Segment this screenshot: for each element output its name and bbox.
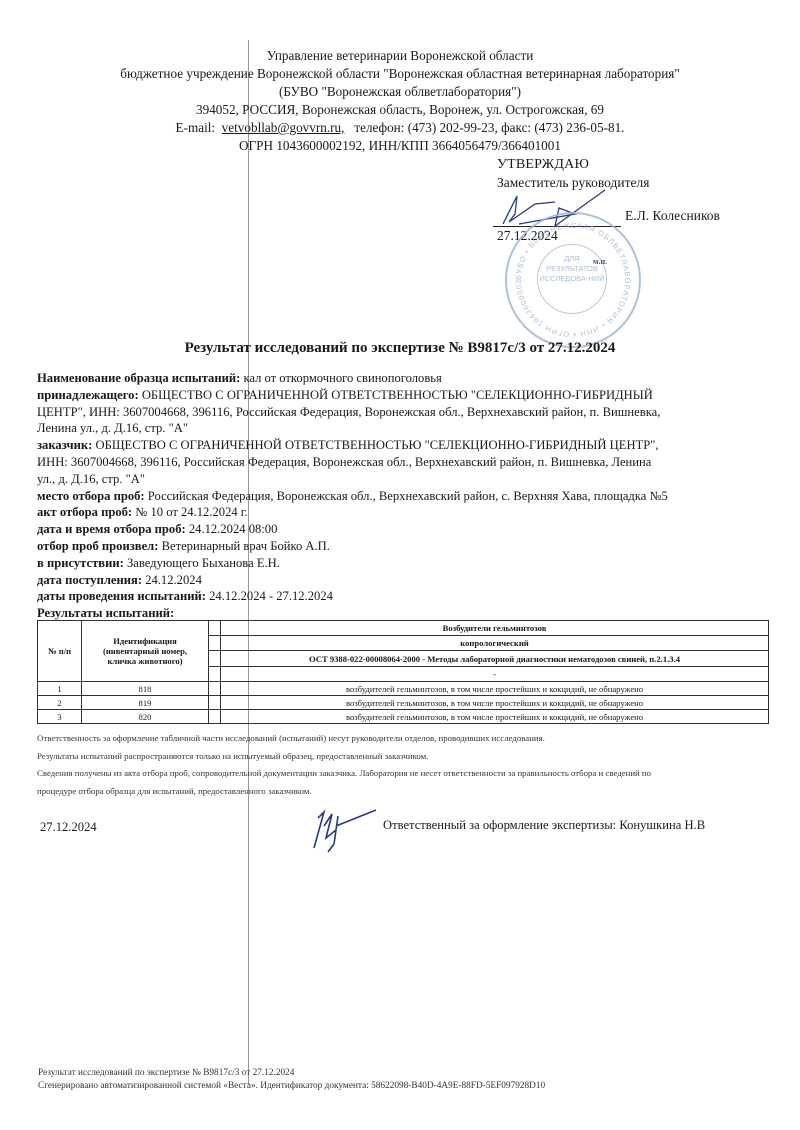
row-id: 819 [82, 696, 209, 710]
method-type: копрологический [221, 636, 769, 651]
disclaimer-notes: Ответственность за оформление табличной … [37, 730, 777, 800]
email-link[interactable]: vetvobllab@govvrn.ru, [222, 120, 345, 135]
customer-value-2: ИНН: 3607004668, 396116, Российская Феде… [37, 454, 767, 471]
document-title: Результат исследований по экспертизе № В… [0, 340, 800, 357]
stamp-mark: м.п. [593, 257, 607, 266]
note-1: Ответственность за оформление табличной … [37, 730, 777, 748]
footer-line-1: Результат исследований по экспертизе № В… [38, 1067, 545, 1080]
owner-value-3: Ленина ул., д. Д.16, стр. "А" [37, 420, 767, 437]
approval-title: УТВЕРЖДАЮ [497, 156, 649, 174]
footer-line-2: Сгенерировано автоматизированной системо… [38, 1080, 545, 1093]
row-id: 820 [82, 710, 209, 724]
owner-value-1: ОБЩЕСТВО С ОГРАНИЧЕННОЙ ОТВЕТСТВЕННОСТЬЮ… [142, 388, 653, 402]
sample-label: Наименование образца испытаний: [37, 371, 240, 385]
email-label: E-mail: [176, 120, 216, 135]
org-name: бюджетное учреждение Воронежской области… [0, 65, 800, 83]
presence-value: Заведующего Быханова Е.Н. [127, 556, 280, 570]
datetime-label: дата и время отбора проб: [37, 522, 186, 536]
note-4: процедуре отбора образца для испытаний, … [37, 783, 777, 801]
sample-value: кал от откормочного свинопоголовья [243, 371, 441, 385]
org-contacts: E-mail: vetvobllab@govvrn.ru, телефон: (… [0, 119, 800, 137]
sampler-value: Ветеринарный врач Бойко А.П. [162, 539, 330, 553]
owner-value-2: ЦЕНТР", ИНН: 3607004668, 396116, Российс… [37, 404, 767, 421]
owner-label: принадлежащего: [37, 388, 139, 402]
approver-name: Е.Л. Колесников [625, 208, 720, 224]
org-registration: ОГРН 1043600002192, ИНН/КПП 3664056479/3… [0, 137, 800, 155]
note-2: Результаты испытаний распространяются то… [37, 748, 777, 766]
row-result: возбудителей гельминтозов, в том числе п… [221, 682, 769, 696]
page-footer: Результат исследований по экспертизе № В… [38, 1067, 545, 1092]
received-value: 24.12.2024 [145, 573, 202, 587]
customer-value-3: ул., д. Д.16, стр. "А" [37, 471, 767, 488]
row-num: 2 [38, 696, 82, 710]
sampler-label: отбор проб произвел: [37, 539, 158, 553]
row-result: возбудителей гельминтозов, в том числе п… [221, 696, 769, 710]
spacer-cell [209, 682, 221, 696]
customer-value-1: ОБЩЕСТВО С ОГРАНИЧЕННОЙ ОТВЕТСТВЕННОСТЬЮ… [96, 438, 659, 452]
row-num: 3 [38, 710, 82, 724]
table-row: 1 818 возбудителей гельминтозов, в том ч… [38, 682, 769, 696]
method-document: ОСТ 9388-022-00008064-2000 - Методы лабо… [221, 651, 769, 667]
test-dates-label: даты проведения испытаний: [37, 589, 206, 603]
customer-label: заказчик: [37, 438, 92, 452]
test-dates-value: 24.12.2024 - 27.12.2024 [209, 589, 333, 603]
spacer-cell [209, 636, 221, 651]
act-label: акт отбора проб: [37, 505, 132, 519]
results-table: № п/п Идентификация (инвентарный номер, … [37, 620, 769, 724]
presence-label: в присутствии: [37, 556, 124, 570]
spacer-cell [209, 667, 221, 682]
spacer-cell [209, 651, 221, 667]
col-header-id: Идентификация (инвентарный номер, кличка… [82, 621, 209, 682]
sample-info: Наименование образца испытаний: кал от о… [37, 370, 767, 622]
spacer-cell [209, 710, 221, 724]
row-num: 1 [38, 682, 82, 696]
units: - [221, 667, 769, 682]
results-label: Результаты испытаний: [37, 606, 174, 620]
place-label: место отбора проб: [37, 489, 145, 503]
table-row: 2 819 возбудителей гельминтозов, в том ч… [38, 696, 769, 710]
place-value: Российская Федерация, Воронежская обл., … [148, 489, 668, 503]
spacer-cell [209, 621, 221, 636]
note-3: Сведения получены из акта отбора проб, с… [37, 765, 777, 783]
row-result: возбудителей гельминтозов, в том числе п… [221, 710, 769, 724]
org-parent: Управление ветеринарии Воронежской облас… [0, 47, 800, 65]
row-id: 818 [82, 682, 209, 696]
signoff-date: 27.12.2024 [40, 820, 97, 835]
act-value: № 10 от 24.12.2024 г. [135, 505, 247, 519]
indicator-header: Возбудители гельминтозов [221, 621, 769, 636]
table-row: 3 820 возбудителей гельминтозов, в том ч… [38, 710, 769, 724]
official-stamp: БУВО • ВОРОНЕЖСКАЯ ОБЛВЕТЛАБОРАТОРИЯ • И… [505, 212, 641, 348]
responsible-signature-icon [310, 808, 380, 852]
phone-fax: телефон: (473) 202-99-23, факс: (473) 23… [354, 120, 624, 135]
spacer-cell [209, 696, 221, 710]
datetime-value: 24.12.2024 08:00 [189, 522, 278, 536]
responsible-person: Ответственный за оформление экспертизы: … [383, 818, 705, 833]
received-label: дата поступления: [37, 573, 142, 587]
org-short-name: (БУВО "Воронежская облветлаборатория") [0, 83, 800, 101]
org-address: 394052, РОССИЯ, Воронежская область, Вор… [0, 101, 800, 119]
col-header-num: № п/п [38, 621, 82, 682]
